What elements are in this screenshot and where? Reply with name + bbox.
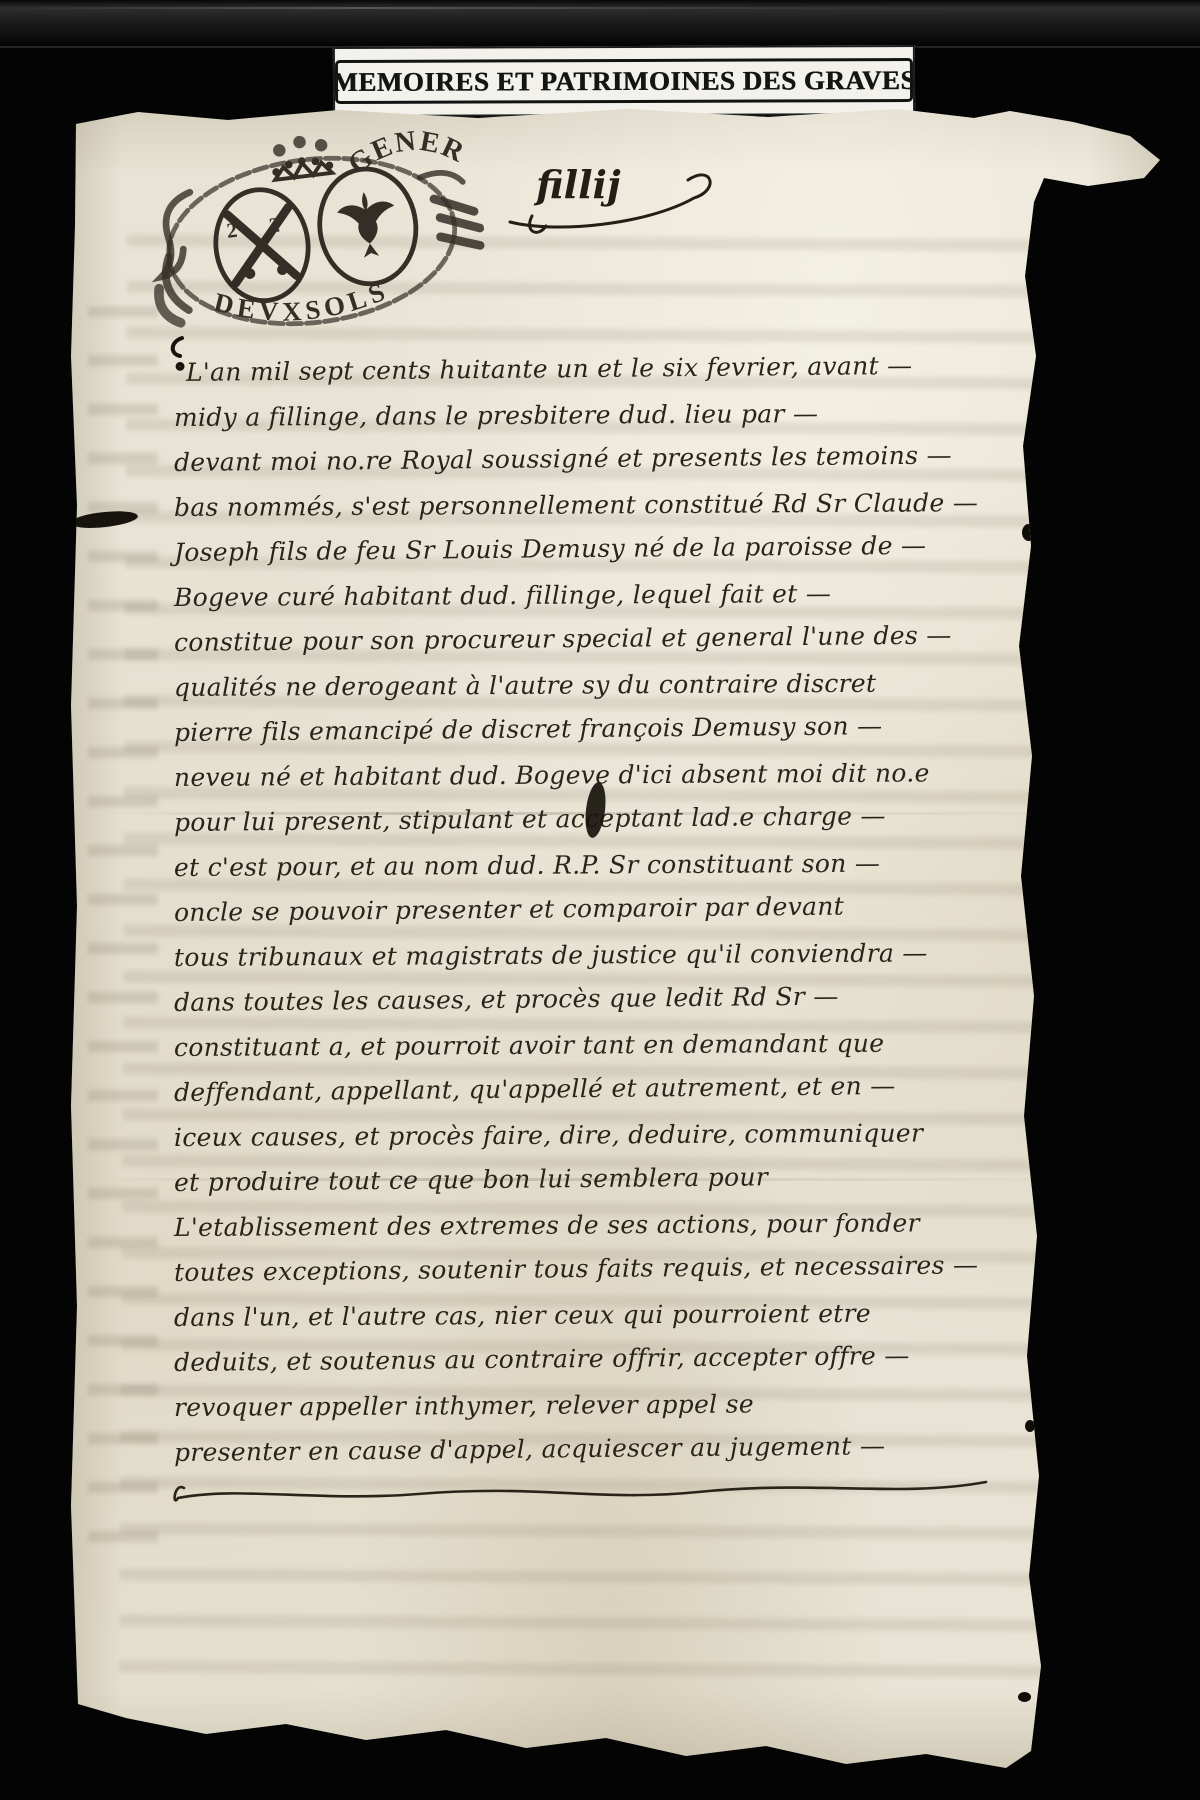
eagle-shield-icon [313,163,422,289]
ink-blot [1114,270,1126,285]
manuscript-line: constitue pour son procureur special et … [174,612,1019,665]
closing-flourish-icon [168,1472,998,1512]
ink-blot [1033,1140,1043,1152]
manuscript-line: et produire tout ce que bon lui semblera… [174,1152,1019,1205]
manuscript-line: devant moi no.re Royal soussigné et pres… [174,432,1019,485]
manuscript-text: L'an mil sept cents huitante un et le si… [174,350,1019,1475]
manuscript-line: deffendant, appellant, qu'appellé et aut… [174,1062,1019,1115]
ink-blot [1018,1692,1031,1702]
fiscal-stamp-graphic: GENER DEVXSOLS 2 2 [126,104,495,359]
cross-shield-icon [210,184,315,306]
document-page: GENER DEVXSOLS 2 2 fillij L'an mil sept … [68,106,1163,1774]
registration-mark: fillij [498,146,733,241]
ink-blot [1029,1086,1041,1101]
archive-plaque-label: MEMOIRES ET PATRIMOINES DES GRAVES [332,64,916,97]
closing-flourish-line [168,1472,998,1512]
manuscript-line: dans toutes les causes, et procès que le… [174,972,1019,1025]
display-case-top-frame [0,0,1200,48]
ink-blot [1025,1420,1035,1432]
bleedthrough-left-margin [88,306,158,1574]
manuscript-line: oncle se pouvoir presenter et comparoir … [174,882,1019,935]
registration-flourish: fillij [498,146,733,241]
photo-background: { "header": { "plaque_label": "MEMOIRES … [0,0,1200,1800]
ink-blot [1120,300,1134,318]
crown-icon [269,133,334,180]
manuscript-line: toutes exceptions, soutenir tous faits r… [174,1242,1019,1295]
manuscript-line: pierre fils emancipé de discret françois… [174,702,1019,755]
ink-mark-glyph [166,334,190,374]
ink-blot [1027,576,1037,588]
archive-plaque-border: MEMOIRES ET PATRIMOINES DES GRAVES [335,58,913,104]
ink-mark [166,334,190,374]
manuscript-line: Joseph fils de feu Sr Louis Demusy né de… [174,522,1019,575]
fiscal-stamp-icon: GENER DEVXSOLS 2 2 [126,104,495,359]
manuscript-line: deduits, et soutenus au contraire offrir… [174,1332,1019,1385]
stamp-hatching-right [434,194,482,251]
archive-plaque: MEMOIRES ET PATRIMOINES DES GRAVES [333,45,915,117]
manuscript-line: presenter en cause d'appel, acquiescer a… [174,1422,1019,1475]
registration-word: fillij [533,162,621,207]
ink-blot [1022,524,1035,541]
manuscript-line: L'an mil sept cents huitante un et le si… [174,342,1019,395]
stamp-shield-digits: 2 2 [225,211,294,243]
